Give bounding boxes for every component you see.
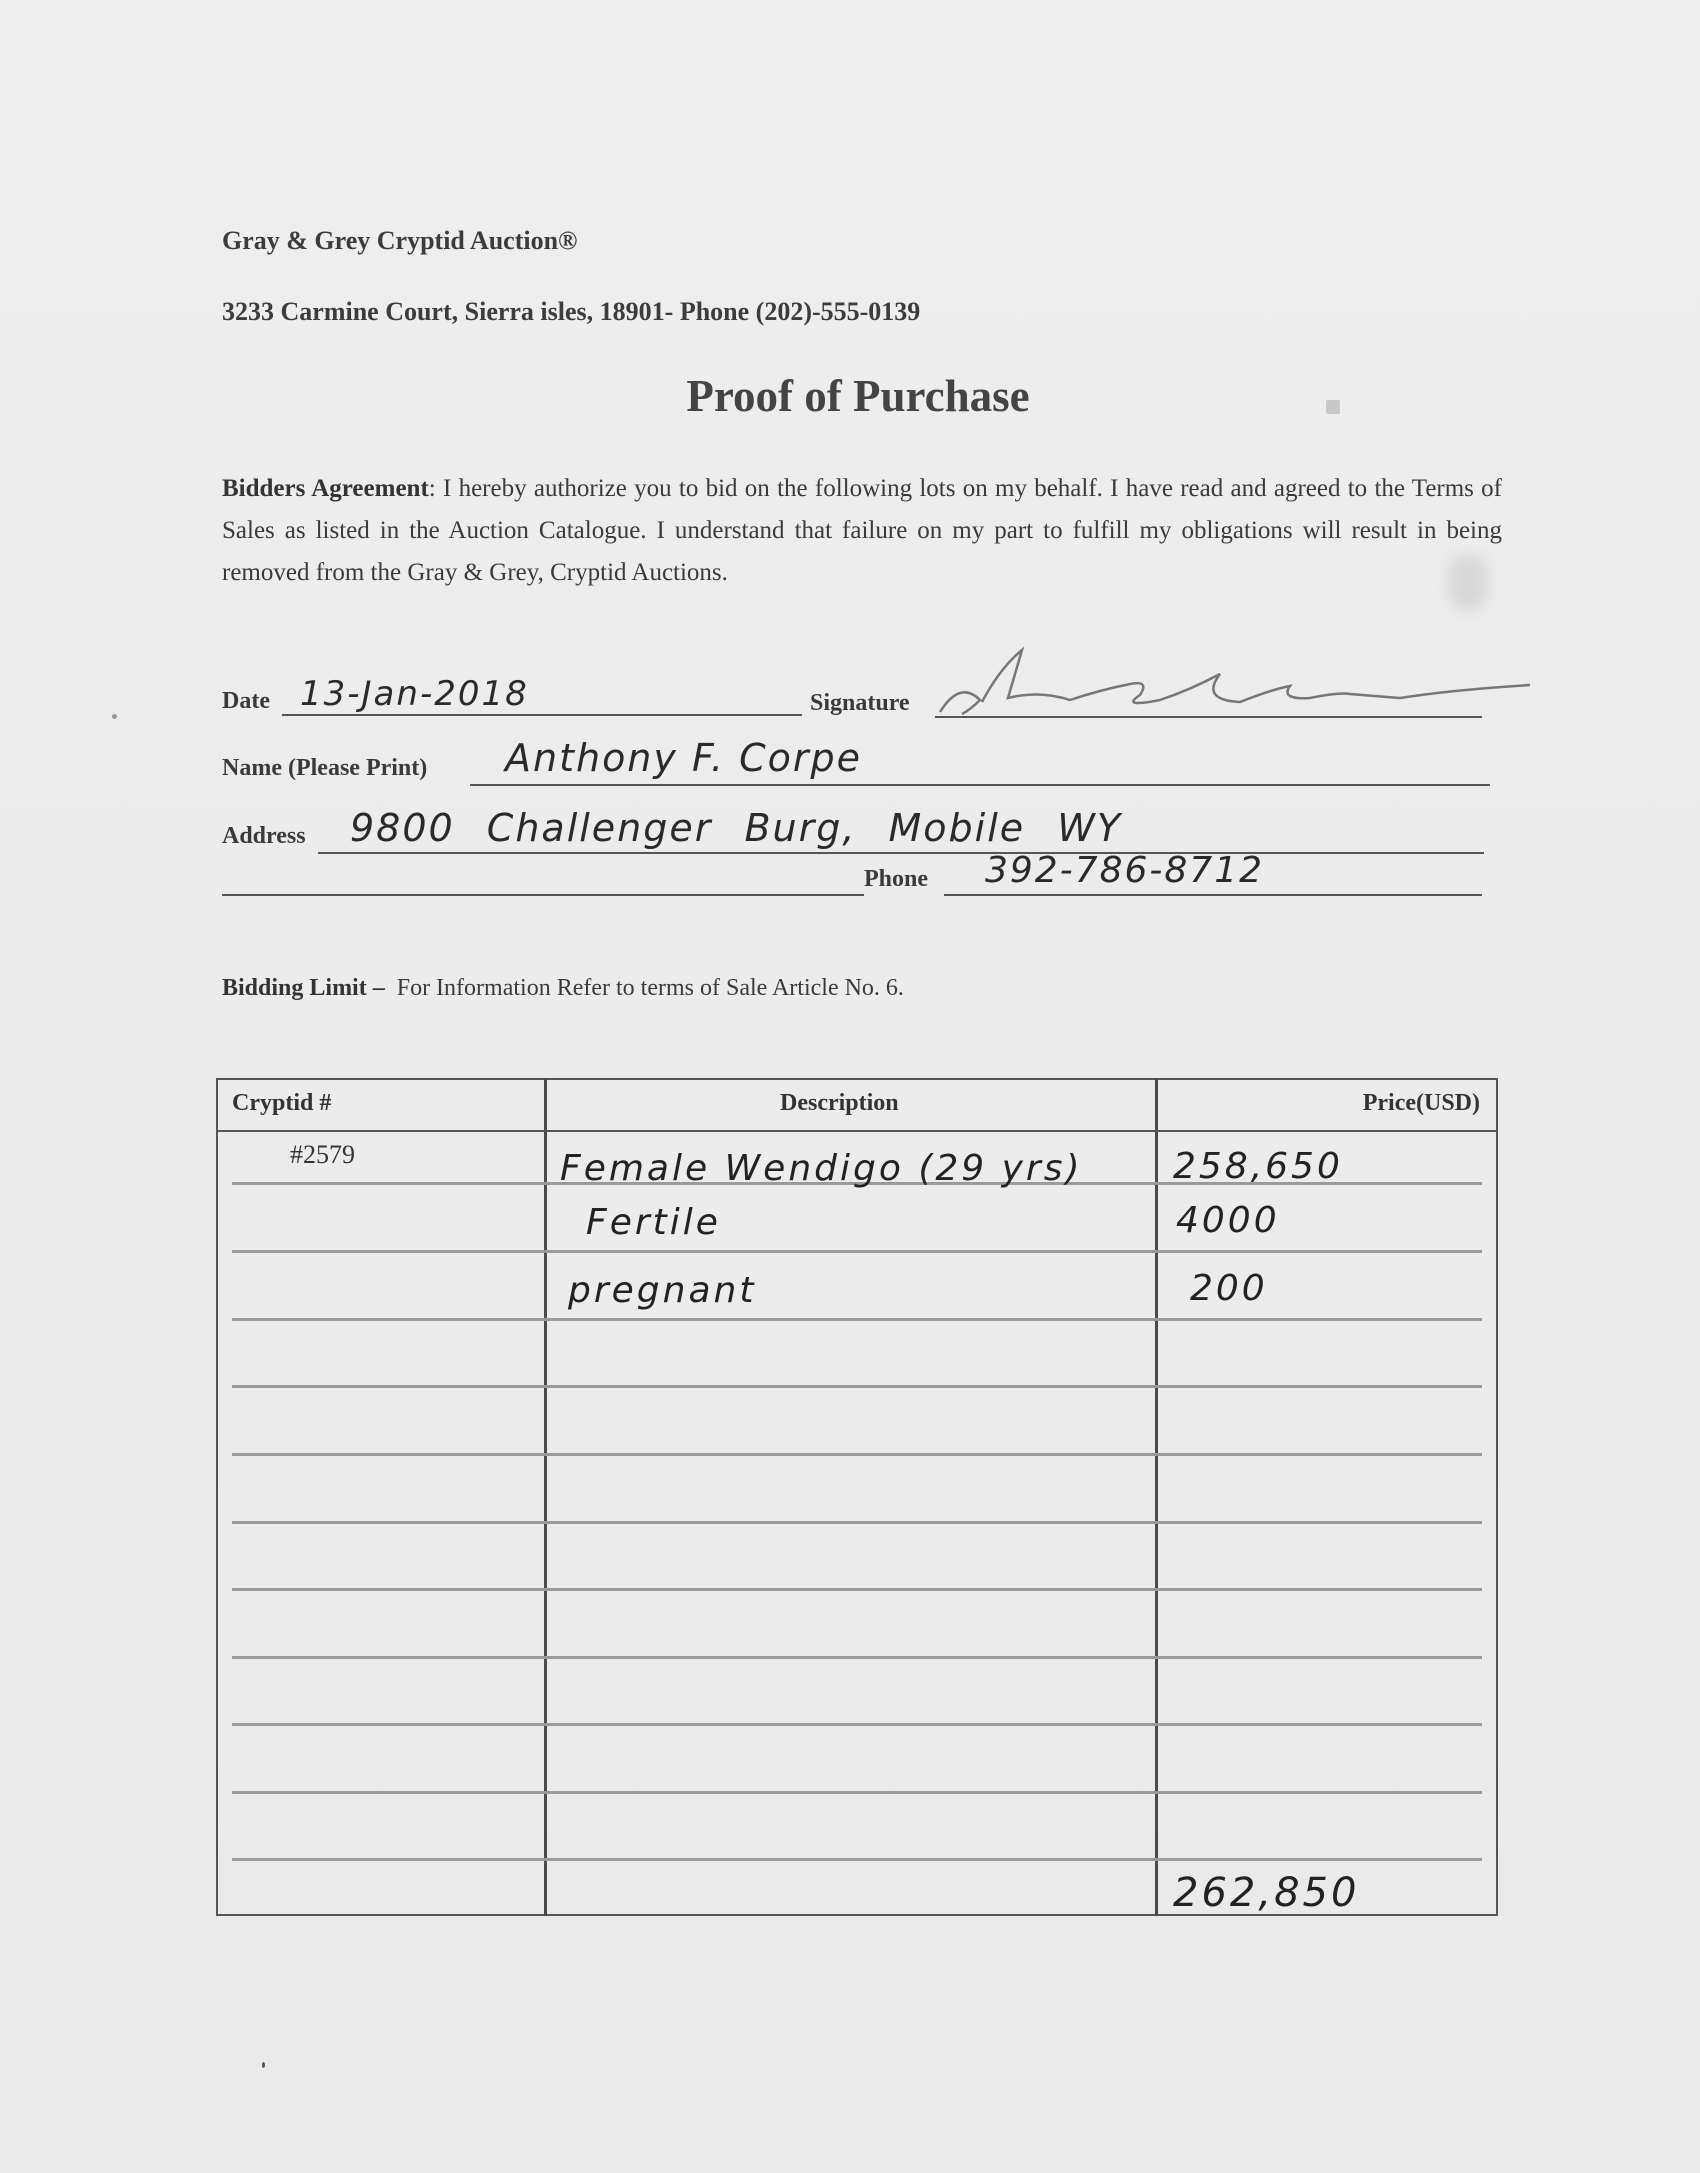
agreement-label: Bidders Agreement (222, 475, 429, 502)
description-cell: pregnant (568, 1270, 756, 1311)
total-price: 262,850 (1173, 1870, 1359, 1916)
column-header-description: Description (780, 1090, 899, 1117)
signature-label: Signature (810, 690, 910, 717)
row-line (232, 1453, 1482, 1456)
page-title: Proof of Purchase (0, 370, 1700, 422)
address-label: Address (222, 823, 306, 850)
purchase-table: Cryptid # Description Price(USD) #2579 F… (216, 1078, 1498, 1916)
bidding-limit-label: Bidding Limit – (222, 975, 385, 1001)
scan-speck (112, 714, 117, 719)
price-cell: 4000 (1176, 1200, 1280, 1241)
document-page: Gray & Grey Cryptid Auction® 3233 Carmin… (0, 0, 1700, 2173)
row-line (232, 1858, 1482, 1861)
address-line-2 (222, 894, 864, 896)
description-cell: Female Wendigo (29 yrs) (560, 1148, 1083, 1189)
price-cell: 200 (1190, 1268, 1268, 1309)
row-line (232, 1250, 1482, 1253)
address-field[interactable]: 9800 Challenger Burg, Mobile WY (350, 806, 1122, 850)
row-line (232, 1656, 1482, 1659)
date-line (282, 714, 802, 716)
company-name: Gray & Grey Cryptid Auction® (222, 226, 577, 256)
bidding-limit-text: For Information Refer to terms of Sale A… (397, 975, 904, 1001)
date-label: Date (222, 688, 270, 715)
name-line (470, 784, 1490, 786)
company-address: 3233 Carmine Court, Sierra isles, 18901-… (222, 297, 920, 327)
address-line (318, 852, 1484, 854)
phone-line (944, 894, 1482, 896)
row-line (232, 1385, 1482, 1388)
price-cell: 258,650 (1173, 1146, 1343, 1187)
name-field[interactable]: Anthony F. Corpe (505, 736, 862, 780)
row-line (232, 1723, 1482, 1726)
date-field[interactable]: 13-Jan-2018 (300, 674, 529, 714)
cryptid-id-cell: #2579 (290, 1140, 355, 1170)
header-divider (218, 1130, 1496, 1132)
name-label: Name (Please Print) (222, 755, 427, 782)
row-line (232, 1521, 1482, 1524)
phone-label: Phone (864, 866, 928, 893)
scan-speck (262, 2062, 265, 2068)
bidding-limit-note: Bidding Limit – For Information Refer to… (222, 975, 904, 1002)
column-header-price: Price(USD) (1363, 1090, 1480, 1117)
row-line (232, 1318, 1482, 1321)
column-header-cryptid: Cryptid # (232, 1090, 331, 1117)
row-line (232, 1588, 1482, 1591)
phone-field[interactable]: 392-786-8712 (985, 850, 1264, 891)
signature-field[interactable] (930, 640, 1560, 730)
row-line (232, 1791, 1482, 1794)
description-cell: Fertile (586, 1202, 721, 1243)
bidders-agreement: Bidders Agreement: I hereby authorize yo… (222, 468, 1502, 594)
